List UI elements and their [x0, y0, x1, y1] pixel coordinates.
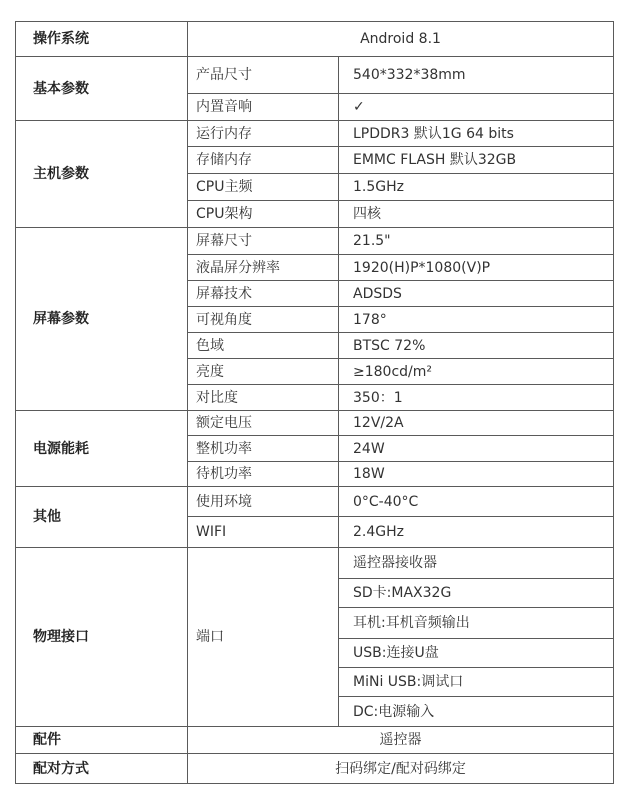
spec-key: CPU架构 [188, 201, 339, 228]
row-host-1: 主机参数 运行内存 LPDDR3 默认1G 64 bits [16, 121, 614, 147]
category-label: 电源能耗 [16, 411, 188, 487]
spec-value: 21.5" [339, 228, 614, 255]
row-basic-1: 基本参数 产品尺寸 540*332*38mm [16, 57, 614, 94]
spec-value: 540*332*38mm [339, 57, 614, 94]
spec-key: 可视角度 [188, 307, 339, 333]
spec-key: 屏幕尺寸 [188, 228, 339, 255]
spec-value: ADSDS [339, 281, 614, 307]
spec-value: 1.5GHz [339, 174, 614, 201]
spec-value: 扫码绑定/配对码绑定 [188, 754, 614, 784]
spec-value: 178° [339, 307, 614, 333]
spec-value: 四核 [339, 201, 614, 228]
checkmark-icon: ✓ [339, 94, 614, 121]
spec-value: 350：1 [339, 385, 614, 411]
spec-key: 整机功率 [188, 436, 339, 462]
spec-value: 24W [339, 436, 614, 462]
spec-key: 产品尺寸 [188, 57, 339, 94]
row-other-1: 其他 使用环境 0°C-40°C [16, 487, 614, 517]
row-screen-1: 屏幕参数 屏幕尺寸 21.5" [16, 228, 614, 255]
spec-value: 遥控器接收器 [339, 548, 614, 579]
category-label: 主机参数 [16, 121, 188, 228]
spec-key: 内置音响 [188, 94, 339, 121]
spec-value: ≥180cd/m² [339, 359, 614, 385]
row-ports-1: 物理接口 端口 遥控器接收器 [16, 548, 614, 579]
spec-value: DC:电源输入 [339, 697, 614, 727]
spec-key: 对比度 [188, 385, 339, 411]
category-label: 物理接口 [16, 548, 188, 727]
spec-value: SD卡:MAX32G [339, 579, 614, 608]
spec-table: 操作系统 Android 8.1 基本参数 产品尺寸 540*332*38mm … [15, 21, 614, 784]
spec-value: 2.4GHz [339, 517, 614, 548]
spec-key: CPU主频 [188, 174, 339, 201]
spec-value: 12V/2A [339, 411, 614, 436]
spec-key: 液晶屏分辨率 [188, 255, 339, 281]
spec-key: WIFI [188, 517, 339, 548]
spec-value: 遥控器 [188, 727, 614, 754]
category-label: 配对方式 [16, 754, 188, 784]
spec-value: MiNi USB:调试口 [339, 668, 614, 697]
spec-value: LPDDR3 默认1G 64 bits [339, 121, 614, 147]
spec-value: Android 8.1 [188, 22, 614, 57]
spec-key: 待机功率 [188, 462, 339, 487]
category-label: 配件 [16, 727, 188, 754]
row-power-1: 电源能耗 额定电压 12V/2A [16, 411, 614, 436]
category-label: 屏幕参数 [16, 228, 188, 411]
spec-key: 额定电压 [188, 411, 339, 436]
spec-key: 亮度 [188, 359, 339, 385]
spec-value: BTSC 72% [339, 333, 614, 359]
row-pairing: 配对方式 扫码绑定/配对码绑定 [16, 754, 614, 784]
spec-value: 耳机:耳机音频输出 [339, 608, 614, 639]
spec-key: 色域 [188, 333, 339, 359]
spec-value: 18W [339, 462, 614, 487]
spec-key: 存储内存 [188, 147, 339, 174]
spec-key: 屏幕技术 [188, 281, 339, 307]
row-accessories: 配件 遥控器 [16, 727, 614, 754]
category-label: 基本参数 [16, 57, 188, 121]
category-label: 其他 [16, 487, 188, 548]
spec-value: 0°C-40°C [339, 487, 614, 517]
category-label: 操作系统 [16, 22, 188, 57]
spec-key: 使用环境 [188, 487, 339, 517]
spec-value: EMMC FLASH 默认32GB [339, 147, 614, 174]
row-os: 操作系统 Android 8.1 [16, 22, 614, 57]
spec-key: 端口 [188, 548, 339, 727]
spec-key: 运行内存 [188, 121, 339, 147]
spec-value: USB:连接U盘 [339, 639, 614, 668]
spec-value: 1920(H)P*1080(V)P [339, 255, 614, 281]
